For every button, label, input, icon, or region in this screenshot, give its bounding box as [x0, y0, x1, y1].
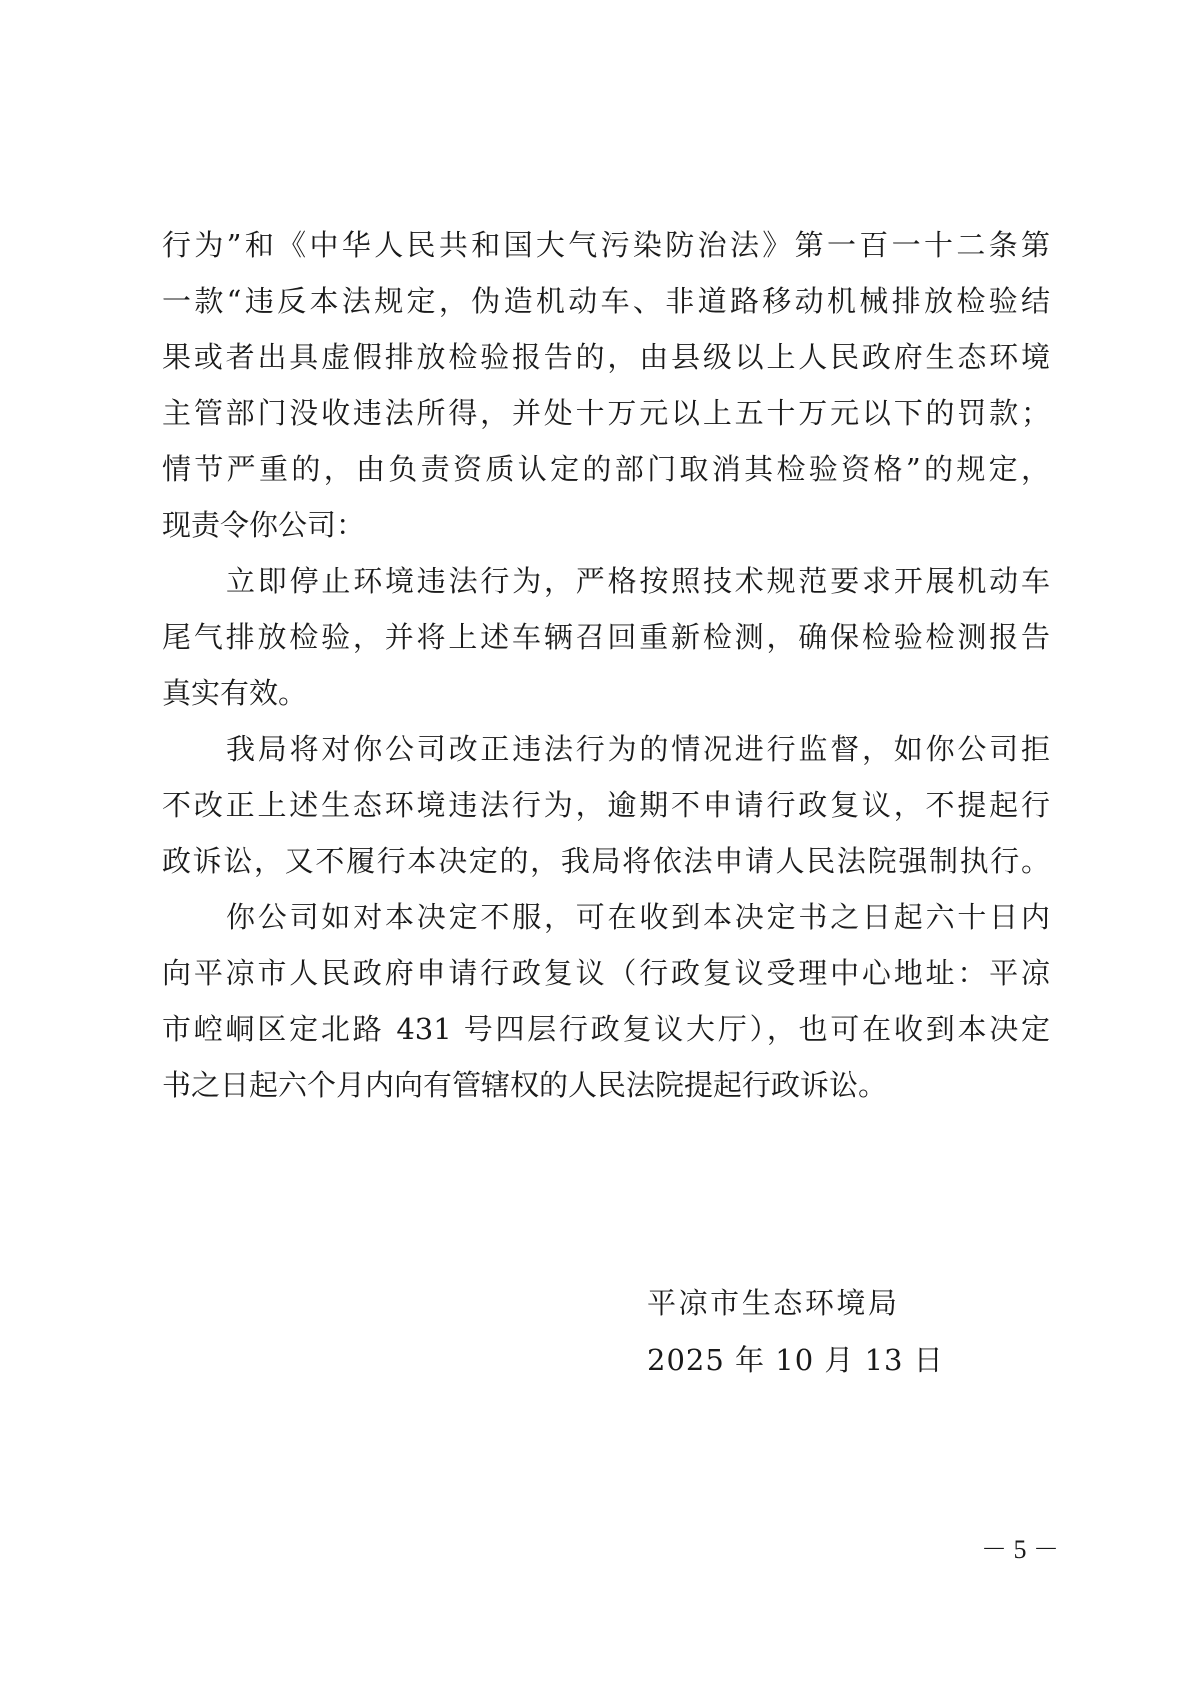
text-line: 现责令你公司：	[162, 497, 1050, 553]
issue-date: 2025 年 10 月 13 日	[647, 1332, 897, 1389]
text-line: 你公司如对本决定不服，可在收到本决定书之日起六十日内	[162, 889, 1050, 945]
text-line: 书之日起六个月内向有管辖权的人民法院提起行政诉讼。	[162, 1057, 1050, 1113]
text-line: 不改正上述生态环境违法行为，逾期不申请行政复议，不提起行	[162, 777, 1050, 833]
paragraph-supervision: 我局将对你公司改正违法行为的情况进行监督，如你公司拒 不改正上述生态环境违法行为…	[162, 721, 1050, 889]
text-line: 真实有效。	[162, 665, 1050, 721]
signature-block: 平凉市生态环境局 2025 年 10 月 13 日	[647, 1275, 897, 1389]
paragraph-appeal-rights: 你公司如对本决定不服，可在收到本决定书之日起六十日内 向平凉市人民政府申请行政复…	[162, 889, 1050, 1113]
paragraph-order: 立即停止环境违法行为，严格按照技术规范要求开展机动车 尾气排放检验，并将上述车辆…	[162, 553, 1050, 721]
paragraph-legal-basis: 行为”和《中华人民共和国大气污染防治法》第一百一十二条第 一款“违反本法规定，伪…	[162, 217, 1050, 553]
text-line: 市崆峒区定北路 431 号四层行政复议大厅），也可在收到本决定	[162, 1001, 1050, 1057]
text-line: 行为”和《中华人民共和国大气污染防治法》第一百一十二条第	[162, 217, 1050, 273]
document-body: 行为”和《中华人民共和国大气污染防治法》第一百一十二条第 一款“违反本法规定，伪…	[162, 217, 1050, 1113]
page-number: － 5 －	[980, 1532, 1060, 1568]
text-line: 主管部门没收违法所得，并处十万元以上五十万元以下的罚款；	[162, 385, 1050, 441]
issuing-organization: 平凉市生态环境局	[647, 1275, 897, 1332]
text-line: 立即停止环境违法行为，严格按照技术规范要求开展机动车	[162, 553, 1050, 609]
text-line: 政诉讼，又不履行本决定的，我局将依法申请人民法院强制执行。	[162, 833, 1050, 889]
text-line: 向平凉市人民政府申请行政复议（行政复议受理中心地址：平凉	[162, 945, 1050, 1001]
text-line: 我局将对你公司改正违法行为的情况进行监督，如你公司拒	[162, 721, 1050, 777]
text-line: 尾气排放检验，并将上述车辆召回重新检测，确保检验检测报告	[162, 609, 1050, 665]
text-line: 一款“违反本法规定，伪造机动车、非道路移动机械排放检验结	[162, 273, 1050, 329]
text-line: 果或者出具虚假排放检验报告的，由县级以上人民政府生态环境	[162, 329, 1050, 385]
document-page: 行为”和《中华人民共和国大气污染防治法》第一百一十二条第 一款“违反本法规定，伪…	[0, 0, 1199, 1696]
text-line: 情节严重的，由负责资质认定的部门取消其检验资格”的规定，	[162, 441, 1050, 497]
